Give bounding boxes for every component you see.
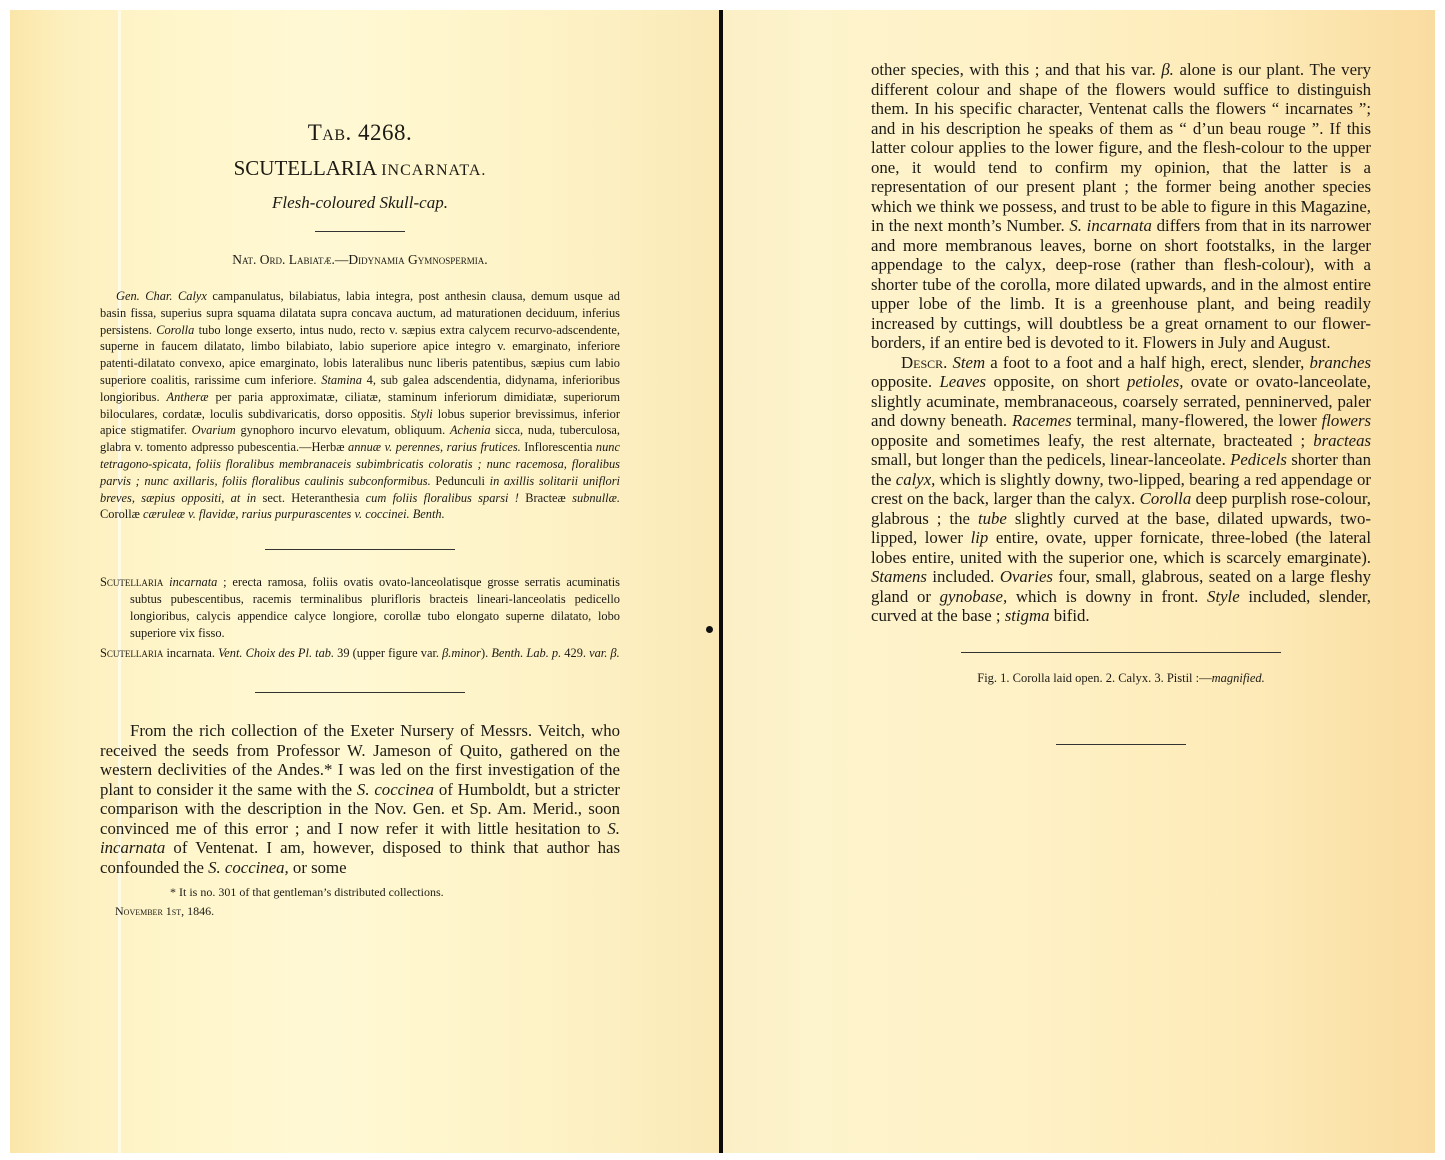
synonym-genus: Scutellaria — [100, 575, 163, 589]
common-name: Flesh-coloured Skull-cap. — [100, 193, 620, 213]
synonym-text: incarnata ; erecta ramosa, foliis ovatis… — [130, 575, 620, 639]
species-title: SCUTELLARIA incarnata. — [100, 156, 620, 181]
footnote: * It is no. 301 of that gentleman’s dist… — [100, 885, 620, 900]
binding-hole — [706, 626, 713, 633]
description-text: Stem a foot to a foot and a half high, e… — [871, 353, 1371, 626]
publication-date: November 1st, 1846. — [100, 904, 620, 919]
natural-order: Nat. Ord. Labiatæ.—Didynamia Gymnospermi… — [100, 252, 620, 268]
species-epithet: incarnata. — [381, 162, 486, 179]
right-page: other species, with this ; and that his … — [723, 10, 1435, 1153]
right-page-content: other species, with this ; and that his … — [871, 60, 1371, 745]
synonym-entry: Scutellaria incarnata. Vent. Choix des P… — [100, 645, 620, 662]
figure-caption: Fig. 1. Corolla laid open. 2. Calyx. 3. … — [871, 671, 1371, 686]
description-paragraph: Descr. Stem a foot to a foot and a half … — [871, 353, 1371, 626]
left-page: Tab. 4268. SCUTELLARIA incarnata. Flesh-… — [10, 10, 720, 1153]
gen-char-text: Calyx campanulatus, bilabiatus, labia in… — [100, 289, 620, 521]
divider — [265, 549, 455, 550]
book-spread: Tab. 4268. SCUTELLARIA incarnata. Flesh-… — [10, 10, 1435, 1155]
synonym-entry: Scutellaria incarnata ; erecta ramosa, f… — [100, 574, 620, 641]
synonym-genus: Scutellaria — [100, 646, 163, 660]
genus-name: SCUTELLARIA — [234, 156, 376, 180]
divider — [961, 652, 1281, 653]
divider — [1056, 744, 1186, 745]
plate-number: Tab. 4268. — [100, 120, 620, 146]
divider — [315, 231, 405, 232]
generic-character: Gen. Char. Calyx campanulatus, bilabiatu… — [100, 288, 620, 523]
synonym-text: incarnata. Vent. Choix des Pl. tab. 39 (… — [163, 646, 619, 660]
descr-label: Descr. — [901, 353, 947, 372]
body-paragraph: From the rich collection of the Exeter N… — [100, 721, 620, 877]
gen-char-label: Gen. Char. — [116, 289, 172, 303]
body-paragraph: other species, with this ; and that his … — [871, 60, 1371, 353]
divider — [255, 692, 465, 693]
left-page-content: Tab. 4268. SCUTELLARIA incarnata. Flesh-… — [100, 120, 620, 919]
